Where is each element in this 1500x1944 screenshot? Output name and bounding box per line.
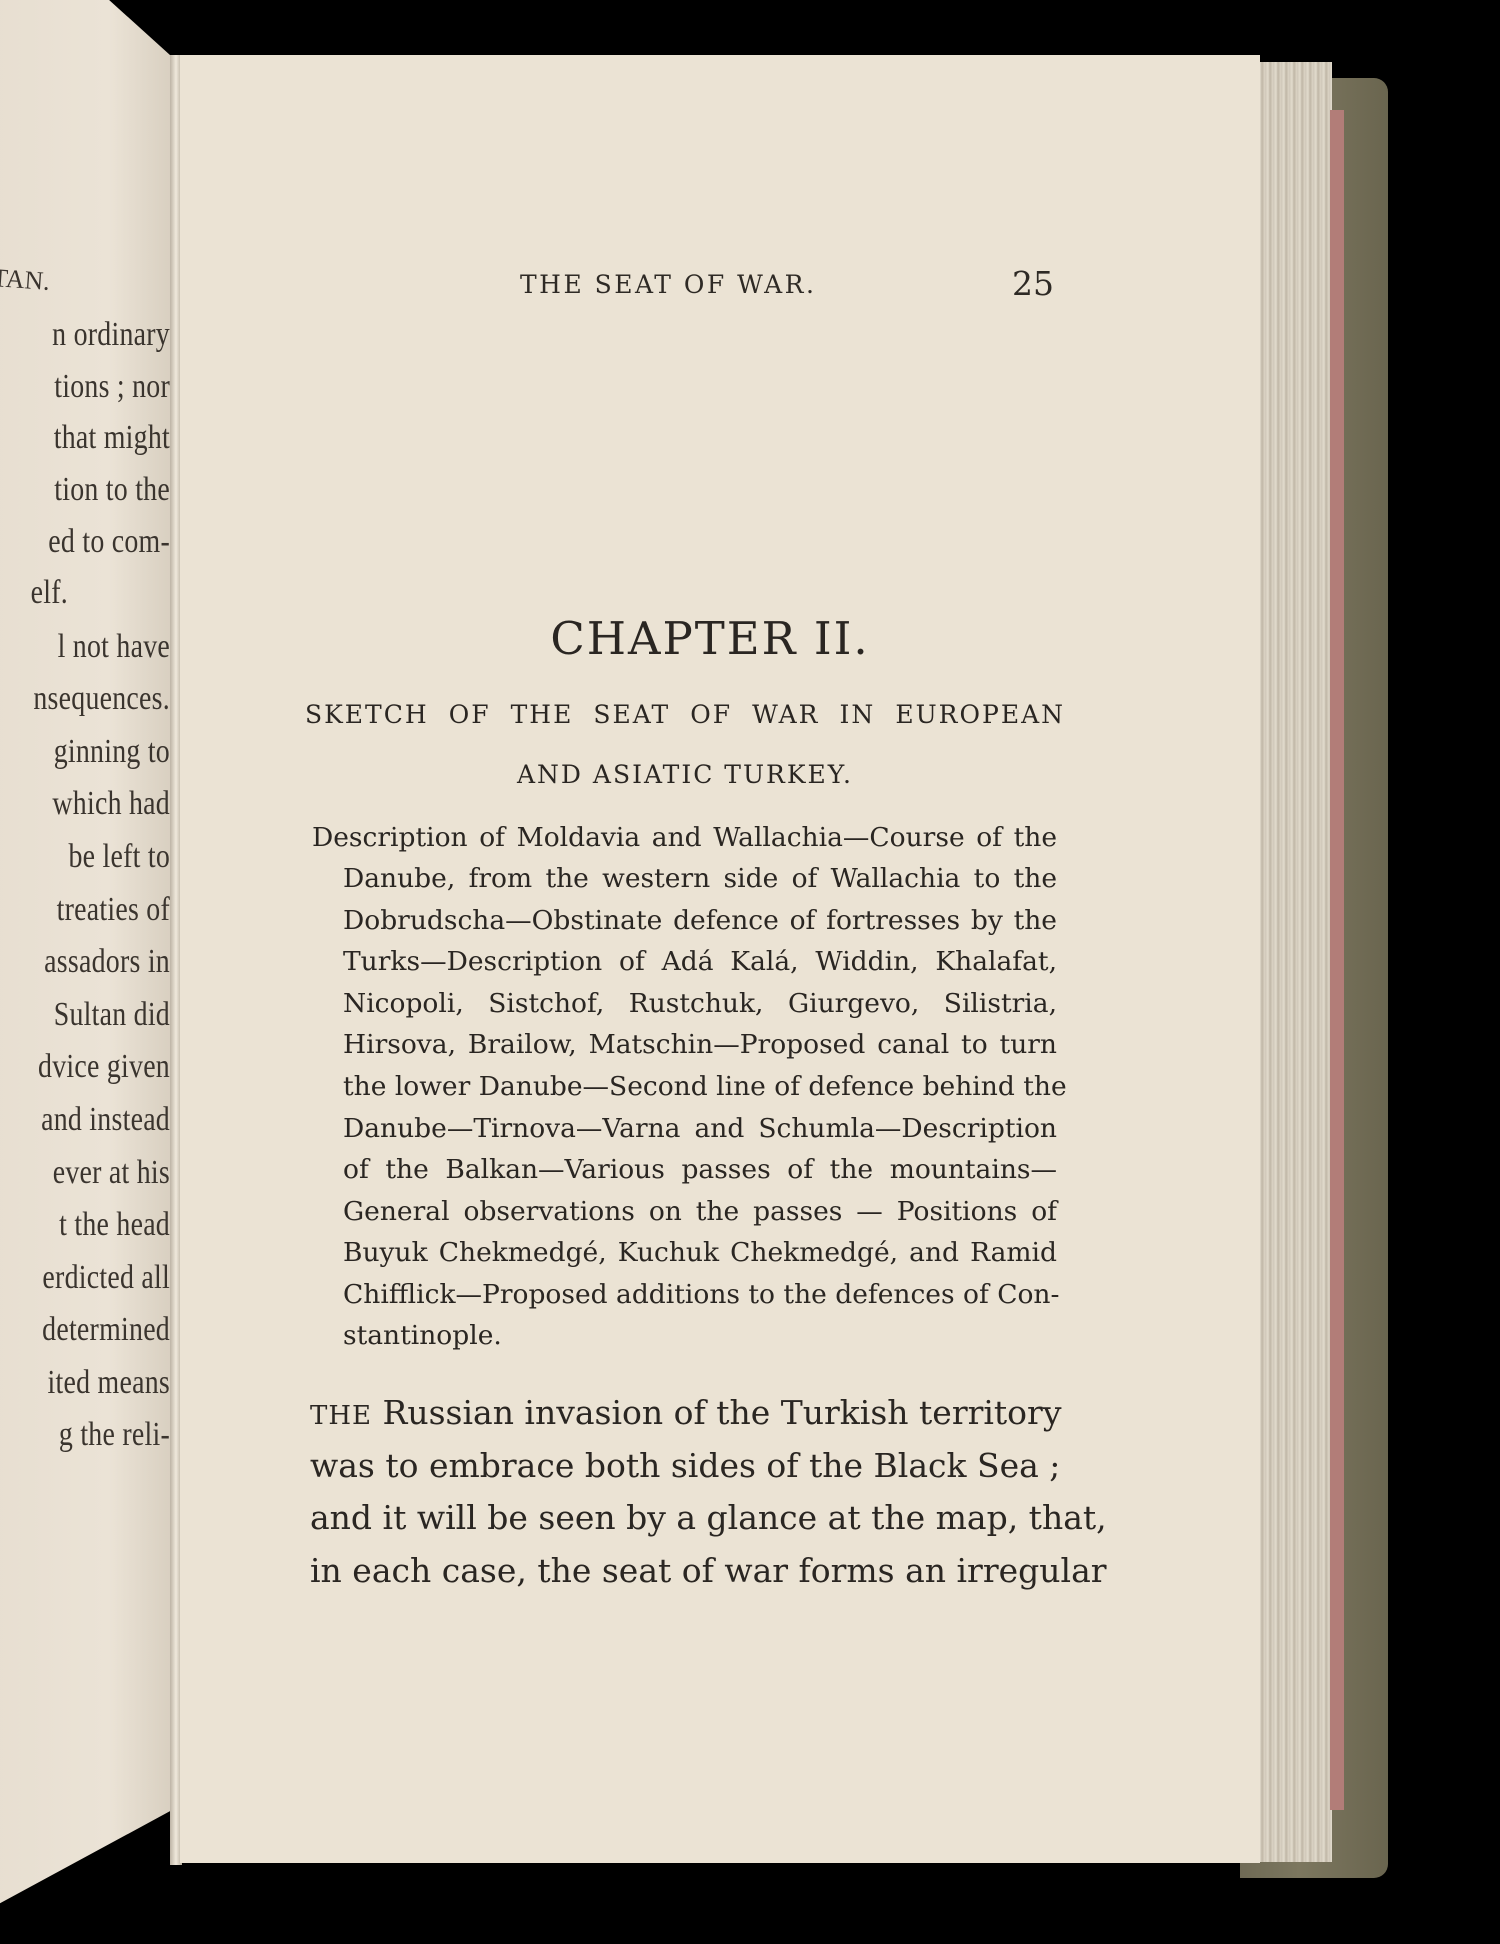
left-line: t the head — [31, 1208, 170, 1242]
body-line: was to embrace both sides of the Black S… — [310, 1449, 1058, 1482]
running-head: THE SEAT OF WAR. — [520, 270, 816, 299]
page-number: 25 — [1012, 264, 1054, 303]
left-line: nsequences. — [31, 682, 170, 716]
synopsis-line: Buyuk Chekmedgé, Kuchuk Chekmedgé, and R… — [343, 1240, 1057, 1267]
left-line: be left to — [31, 840, 170, 874]
left-line: and instead — [31, 1103, 170, 1137]
synopsis-line: Nicopoli, Sistchof, Rustchuk, Giurgevo, … — [343, 991, 1057, 1018]
left-page-text: TAN. n ordinary tions ; nor that might t… — [0, 0, 175, 1944]
left-line: erdicted all — [31, 1261, 170, 1295]
sketch-title-line-2: AND ASIATIC TURKEY. — [310, 760, 1060, 789]
body-line: and it will be seen by a glance at the m… — [310, 1501, 1058, 1534]
left-line: tion to the — [31, 473, 170, 507]
left-line: assadors in — [31, 945, 170, 979]
synopsis-line: General observations on the passes — Pos… — [343, 1199, 1057, 1226]
synopsis-line: of the Balkan—Various passes of the moun… — [343, 1157, 1057, 1184]
page-edges — [1257, 62, 1332, 1862]
left-line: determined — [31, 1313, 170, 1347]
left-line: ited means — [31, 1366, 170, 1400]
synopsis-line: stantinople. — [343, 1323, 502, 1350]
sketch-title-line-1: SKETCH OF THE SEAT OF WAR IN EUROPEAN — [305, 700, 1065, 729]
left-line: Sultan did — [31, 998, 170, 1032]
left-running-head: TAN. — [0, 263, 51, 297]
synopsis-line: Description of Moldavia and Wallachia—Co… — [312, 825, 1057, 852]
body-lead-smallcaps: The — [310, 1401, 372, 1431]
left-line: tions ; nor — [31, 370, 170, 404]
body-line: in each case, the seat of war forms an i… — [310, 1554, 1058, 1587]
synopsis-line: Danube, from the western side of Wallach… — [343, 866, 1057, 893]
synopsis-line: Chifflick—Proposed additions to the defe… — [343, 1282, 1057, 1309]
synopsis-line: Danube—Tirnova—Varna and Schumla—Descrip… — [343, 1116, 1057, 1143]
synopsis-line: Turks—Description of Adá Kalá, Widdin, K… — [343, 949, 1057, 976]
left-line: elf. — [31, 576, 170, 610]
left-line: ever at his — [31, 1156, 170, 1190]
body-line-1-text: Russian invasion of the Turkish territor… — [372, 1393, 1061, 1432]
left-line: which had — [31, 787, 170, 821]
synopsis-line: Dobrudscha—Obstinate defence of fortress… — [343, 908, 1057, 935]
left-line: treaties of — [31, 893, 170, 927]
left-line: ginning to — [31, 735, 170, 769]
synopsis-line: Hirsova, Brailow, Matschin—Proposed cana… — [343, 1032, 1057, 1059]
left-line: dvice given — [31, 1050, 170, 1084]
left-line: ed to com- — [31, 525, 170, 559]
left-line: g the reli- — [31, 1418, 170, 1452]
left-line: n ordinary — [31, 318, 170, 352]
synopsis-line: the lower Danube—Second line of defence … — [343, 1074, 1057, 1101]
red-page-edge — [1330, 110, 1344, 1810]
left-line: that might — [31, 421, 170, 455]
body-line: The Russian invasion of the Turkish terr… — [310, 1396, 1058, 1429]
chapter-title-text: CHAPTER II. — [550, 612, 869, 665]
chapter-title: CHAPTER II. — [0, 612, 1500, 665]
